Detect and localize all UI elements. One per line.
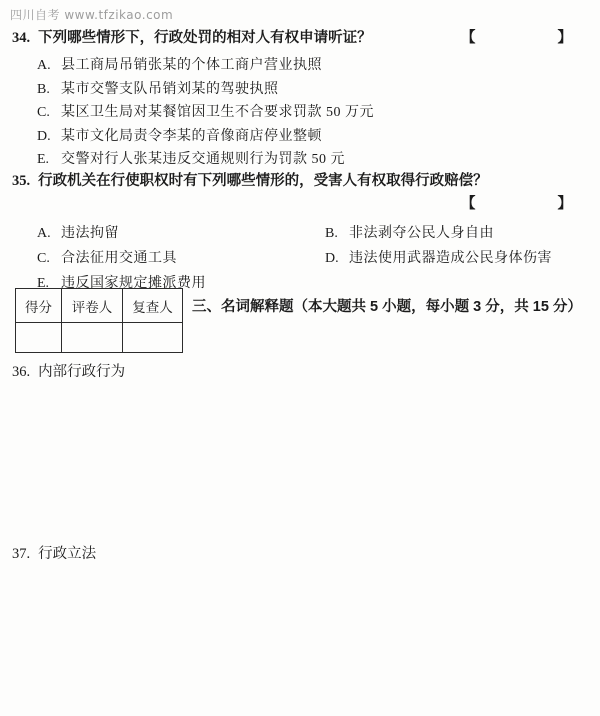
option-34-e: E. 交警对行人张某违反交通规则行为罚款 50 元 [37, 148, 590, 172]
option-35-c: C. 合法征用交通工具 [37, 247, 325, 271]
option-label: C. [37, 105, 61, 121]
question-34-stem: 下列哪些情形下，行政处罚的相对人有权申请听证？ [38, 26, 372, 47]
question-36-text: 内部行政行为 [38, 360, 125, 381]
option-label: D. [325, 251, 349, 267]
question-37-text: 行政立法 [38, 542, 96, 563]
watermark: 四川自考 www.tfzikao.com [10, 6, 173, 23]
bracket-close: 】 [558, 192, 591, 213]
question-37-number: 37. [12, 546, 30, 563]
bracket-gap [476, 192, 558, 213]
score-header-defen: 得分 [16, 289, 62, 323]
score-table: 得分 评卷人 复查人 [15, 288, 183, 353]
question-36-number: 36. [12, 364, 30, 381]
option-34-c: C. 某区卫生局对某餐馆因卫生不合要求罚款 50 万元 [37, 101, 590, 125]
option-label: B. [37, 82, 61, 98]
question-34-number: 34. [12, 30, 30, 47]
option-35-a: A. 违法拘留 [37, 222, 325, 246]
section-3-title: 三、名词解释题（本大题共 5 小题，每小题 3 分，共 15 分） [192, 295, 582, 316]
question-35-stem-line: 35. 行政机关在行使职权时有下列哪些情形的，受害人有权取得行政赔偿？ [12, 169, 590, 190]
section-3-header: 得分 评卷人 复查人 三、名词解释题（本大题共 5 小题，每小题 3 分，共 1… [15, 288, 588, 353]
option-label: D. [37, 129, 61, 145]
bracket-open: 【 [461, 26, 476, 47]
score-header-fucharen: 复查人 [123, 289, 183, 323]
answer-bracket-34: 【 】 [461, 26, 590, 47]
option-label: A. [37, 58, 61, 74]
question-37: 37. 行政立法 [12, 542, 96, 563]
option-label: B. [325, 226, 349, 242]
question-35-options: A. 违法拘留 B. 非法剥夺公民人身自由 C. 合法征用交通工具 D. 违法使… [37, 222, 590, 296]
score-table-value-row [16, 323, 183, 353]
option-34-b: B. 某市交警支队吊销刘某的驾驶执照 [37, 78, 590, 102]
option-35-d: D. 违法使用武器造成公民身体伤害 [325, 247, 590, 271]
score-cell-defen [16, 323, 62, 353]
option-text: 某市文化局责令李某的音像商店停业整顿 [61, 125, 322, 145]
option-text: 合法征用交通工具 [61, 247, 177, 267]
score-header-pingjuanren: 评卷人 [62, 289, 123, 323]
option-34-d: D. 某市文化局责令李某的音像商店停业整顿 [37, 125, 590, 149]
option-label: C. [37, 251, 61, 267]
option-text: 非法剥夺公民人身自由 [349, 222, 494, 242]
bracket-open: 【 [461, 192, 476, 213]
question-35-stem: 行政机关在行使职权时有下列哪些情形的，受害人有权取得行政赔偿？ [38, 169, 488, 190]
option-text: 县工商局吊销张某的个体工商户营业执照 [61, 54, 322, 74]
option-text: 违法拘留 [61, 222, 119, 242]
question-34-stem-line: 34. 下列哪些情形下，行政处罚的相对人有权申请听证？ 【 】 [12, 26, 590, 47]
option-text: 交警对行人张某违反交通规则行为罚款 50 元 [61, 148, 345, 168]
option-label: A. [37, 226, 61, 242]
option-35-b: B. 非法剥夺公民人身自由 [325, 222, 590, 246]
question-34: 34. 下列哪些情形下，行政处罚的相对人有权申请听证？ 【 】 A. 县工商局吊… [12, 26, 590, 172]
question-34-options: A. 县工商局吊销张某的个体工商户营业执照 B. 某市交警支队吊销刘某的驾驶执照… [37, 54, 590, 172]
question-35-number: 35. [12, 173, 30, 190]
bracket-close: 】 [558, 26, 573, 47]
option-text: 某区卫生局对某餐馆因卫生不合要求罚款 50 万元 [61, 101, 374, 121]
score-table-header-row: 得分 评卷人 复查人 [16, 289, 183, 323]
answer-bracket-35: 【 】 [12, 192, 590, 213]
question-36: 36. 内部行政行为 [12, 360, 125, 381]
option-text: 某市交警支队吊销刘某的驾驶执照 [61, 78, 279, 98]
score-cell-pingjuanren [62, 323, 123, 353]
option-34-a: A. 县工商局吊销张某的个体工商户营业执照 [37, 54, 590, 78]
option-text: 违法使用武器造成公民身体伤害 [349, 247, 552, 267]
exam-page: 四川自考 www.tfzikao.com 34. 下列哪些情形下，行政处罚的相对… [0, 0, 600, 716]
score-cell-fucharen [123, 323, 183, 353]
option-label: E. [37, 152, 61, 168]
question-35: 35. 行政机关在行使职权时有下列哪些情形的，受害人有权取得行政赔偿？ 【 】 … [12, 169, 590, 296]
